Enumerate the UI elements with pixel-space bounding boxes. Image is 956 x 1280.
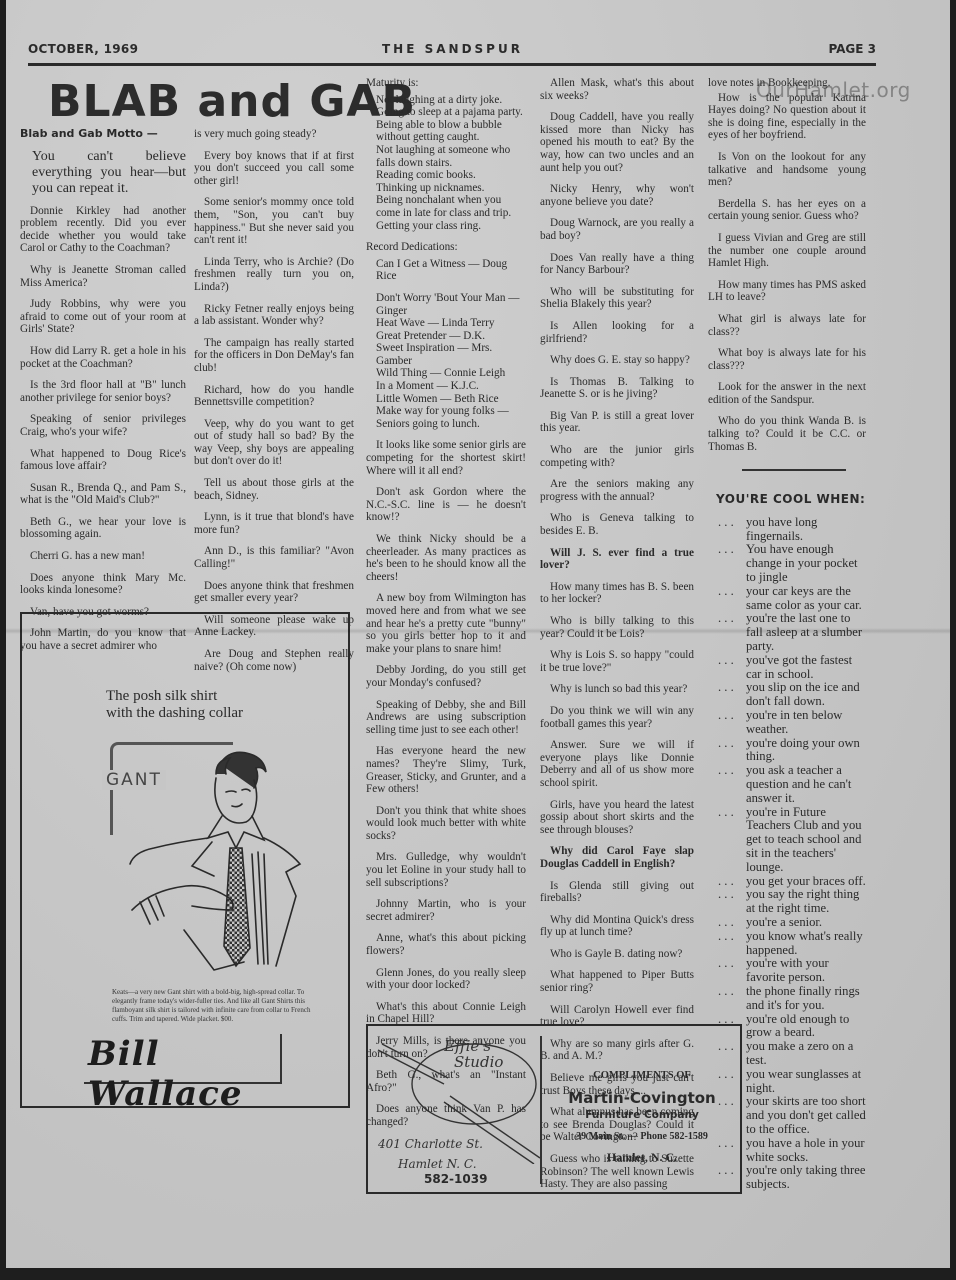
studio-city: Hamlet N. C. — [378, 1154, 483, 1174]
gossip-item: Why is lunch so bad this year? — [540, 683, 694, 696]
gossip-item: What girl is always late for class?? — [708, 313, 866, 338]
gossip-item: Don't ask Gordon where the N.C.-S.C. lin… — [366, 486, 526, 524]
maturity-heading: Maturity is: — [366, 77, 526, 90]
compliments-label: COMPLIMENTS OF — [544, 1070, 740, 1081]
column-3: Maturity is: Not laughing at a dirty jok… — [366, 77, 526, 1138]
gossip-item: Susan R., Brenda Q., and Pam S., what is… — [20, 482, 186, 507]
column-2-items: Every boy knows that if at first you don… — [194, 150, 354, 674]
gossip-item: A new boy from Wilmington has moved here… — [366, 592, 526, 655]
list-item: Heat Wave — Linda Terry — [376, 317, 526, 330]
gossip-item: We think Nicky should be a cheerleader. … — [366, 533, 526, 583]
cool-item: . . .you have long fingernails. — [718, 516, 866, 544]
gossip-item: Does anyone think Mary Mc. looks kinda l… — [20, 572, 186, 597]
list-item: Make way for young folks — Seniors going… — [376, 405, 526, 430]
cool-item: . . .you slip on the ice and don't fall … — [718, 681, 866, 709]
cool-item-text: you slip on the ice and don't fall down. — [746, 681, 866, 709]
newspaper-name: THE SANDSPUR — [382, 42, 523, 56]
list-item: Getting your class ring. — [376, 220, 526, 233]
cool-item: . . .you ask a teacher a question and he… — [718, 764, 866, 805]
cool-item: . . .you're with your favorite person. — [718, 957, 866, 985]
maturity-list: Not laughing at a dirty joke.Going to sl… — [376, 94, 526, 233]
gossip-item: Johnny Martin, who is your secret admire… — [366, 898, 526, 923]
gossip-item: Who will be substituting for Shelia Blak… — [540, 286, 694, 311]
gossip-item: Doug Caddell, have you really kissed mor… — [540, 111, 694, 174]
gossip-item: Debby Jording, do you still get your Mon… — [366, 664, 526, 689]
company-city: Hamlet, N. C. — [544, 1150, 740, 1165]
gossip-item: Doug Warnock, are you really a bad boy? — [540, 217, 694, 242]
gossip-item: Don't you think that white shoes would l… — [366, 805, 526, 843]
gossip-item: Why is Lois S. so happy "could it be tru… — [540, 649, 694, 674]
ellipsis-prefix: . . . — [718, 888, 746, 916]
ellipsis-prefix: . . . — [718, 916, 746, 930]
list-item: Being able to blow a bubble without gett… — [376, 119, 526, 144]
gossip-item: Are the seniors making any progress with… — [540, 478, 694, 503]
list-item: Thinking up nicknames. — [376, 182, 526, 195]
masthead: OCTOBER, 1969 THE SANDSPUR PAGE 3 — [28, 42, 876, 58]
gossip-item: Veep, why do you want to get out of stud… — [194, 418, 354, 468]
cool-item-text: the phone finally rings and it's for you… — [746, 985, 866, 1013]
column-5-items: How is the popular Katrina Hayes doing? … — [708, 92, 866, 454]
ellipsis-prefix: . . . — [718, 806, 746, 875]
studio-name-line-1: Effie's — [444, 1038, 503, 1054]
gossip-item: Does anyone think that freshmen get smal… — [194, 580, 354, 605]
newspaper-page: OCTOBER, 1969 THE SANDSPUR PAGE 3 OurHam… — [6, 0, 950, 1268]
cool-item: . . .you say the right thing at the righ… — [718, 888, 866, 916]
gossip-item: Linda Terry, who is Archie? (Do freshmen… — [194, 256, 354, 294]
list-item: Not laughing at a dirty joke. — [376, 94, 526, 107]
gossip-item: Is Glenda still giving out fireballs? — [540, 880, 694, 905]
company-subtitle: Furniture Company — [544, 1109, 740, 1121]
gossip-item: Allen Mask, what's this about six weeks? — [540, 77, 694, 102]
cool-item-text: you're a senior. — [746, 916, 866, 930]
cool-item: . . .you're in ten below weather. — [718, 709, 866, 737]
cool-item: . . .you're in Future Teachers Club and … — [718, 806, 866, 875]
gossip-item: What happened to Piper Butts senior ring… — [540, 969, 694, 994]
gossip-item: Who is Geneva talking to besides E. B. — [540, 512, 694, 537]
gossip-item: What happened to Doug Rice's famous love… — [20, 448, 186, 473]
gossip-item: Is Thomas B. Talking to Jeanette S. or i… — [540, 376, 694, 401]
gossip-item: Big Van P. is still a great lover this y… — [540, 410, 694, 435]
studio-street: 401 Charlotte St. — [378, 1134, 483, 1154]
motto-text: You can't believe everything you hear—bu… — [32, 149, 186, 197]
man-with-tie-illustration-icon — [92, 734, 312, 994]
cool-heading: YOU'RE COOL WHEN: — [716, 493, 866, 506]
cool-item: . . .you get your braces off. — [718, 875, 866, 889]
gossip-item: Judy Robbins, why were you afraid to com… — [20, 298, 186, 336]
gossip-item: I guess Vivian and Greg are still the nu… — [708, 232, 866, 270]
ellipsis-prefix: . . . — [718, 930, 746, 958]
masthead-rule — [28, 63, 876, 66]
gossip-item: Some senior's mommy once told them, "Son… — [194, 196, 354, 246]
gossip-item: Why did Montina Quick's dress fly up at … — [540, 914, 694, 939]
gossip-item: Beth G., we hear your love is blossoming… — [20, 516, 186, 541]
gossip-item: Who are the junior girls competing with? — [540, 444, 694, 469]
cool-item-text: you make a zero on a test. — [746, 1040, 866, 1068]
gossip-item: Who is Gayle B. dating now? — [540, 948, 694, 961]
list-item: Great Pretender — D.K. — [376, 330, 526, 343]
gossip-item: How many times has PMS asked LH to leave… — [708, 279, 866, 304]
gossip-item: Why did Carol Faye slap Douglas Caddell … — [540, 845, 694, 870]
gossip-item: Lynn, is it true that blond's have more … — [194, 511, 354, 536]
cool-item-text: you wear sunglasses at night. — [746, 1068, 866, 1096]
martin-covington-ad: COMPLIMENTS OF Martin-Covington Furnitur… — [544, 1026, 740, 1192]
gossip-item: It looks like some senior girls are comp… — [366, 439, 526, 477]
motto-heading: Blab and Gab Motto — — [20, 128, 186, 141]
column-1: Blab and Gab Motto — You can't believe e… — [20, 128, 186, 662]
column-1-items: Donnie Kirkley had another problem recen… — [20, 205, 186, 653]
studio-name-line-2: Studio — [444, 1054, 503, 1070]
cool-item-text: you've got the fastest car in school. — [746, 654, 866, 682]
cool-item-text: you have a hole in your white socks. — [746, 1137, 866, 1165]
gossip-item: Mrs. Gulledge, why wouldn't you let Eoli… — [366, 851, 526, 889]
gossip-item: Speaking of senior privileges Craig, who… — [20, 413, 186, 438]
store-name: Bill Wallace — [88, 1034, 280, 1114]
cool-item-text: you're doing your own thing. — [746, 737, 866, 765]
records-heading: Record Dedications: — [366, 241, 526, 254]
cool-item: . . .the phone finally rings and it's fo… — [718, 985, 866, 1013]
ellipsis-prefix: . . . — [718, 654, 746, 682]
gossip-item: Answer. Sure we will if everyone plays l… — [540, 739, 694, 789]
cool-item-text: you get your braces off. — [746, 875, 866, 889]
gossip-item: Richard, how do you handle Bennettsville… — [194, 384, 354, 409]
records-list: Don't Worry 'Bout Your Man — GingerHeat … — [376, 292, 526, 431]
cool-item-text: you know what's really happened. — [746, 930, 866, 958]
gossip-item: Anne, what's this about picking flowers? — [366, 932, 526, 957]
gant-tagline-line-1: The posh silk shirt — [106, 688, 243, 705]
gossip-item: What's this about Connie Leigh in Chapel… — [366, 1001, 526, 1026]
ellipsis-prefix: . . . — [718, 516, 746, 544]
list-item: Wild Thing — Connie Leigh — [376, 367, 526, 380]
column-2-lead: is very much going steady? — [194, 128, 354, 141]
gossip-item: Every boy knows that if at first you don… — [194, 150, 354, 188]
cool-item-text: you're in ten below weather. — [746, 709, 866, 737]
list-item: Little Women — Beth Rice — [376, 393, 526, 406]
gossip-item: Ricky Fetner really enjoys being a lab a… — [194, 303, 354, 328]
studio-phone: 582-1039 — [424, 1172, 487, 1186]
cool-item-text: your car keys are the same color as your… — [746, 585, 866, 613]
gossip-item: Has everyone heard the new names? They'r… — [366, 745, 526, 795]
company-name: Martin-Covington — [544, 1089, 740, 1107]
ellipsis-prefix: . . . — [718, 585, 746, 613]
gossip-item: Why does G. E. stay so happy? — [540, 354, 694, 367]
paper-fold-crease — [6, 628, 950, 634]
gant-tagline-line-2: with the dashing collar — [106, 705, 243, 722]
list-item: Being nonchalant when you come in late f… — [376, 194, 526, 219]
ellipsis-prefix: . . . — [718, 709, 746, 737]
gossip-item: Ann D., is this familiar? "Avon Calling!… — [194, 545, 354, 570]
cool-item: . . .your car keys are the same color as… — [718, 585, 866, 613]
cool-item-text: you're only taking three subjects. — [746, 1164, 866, 1192]
gossip-item: Will J. S. ever find a true lover? — [540, 547, 694, 572]
article-headline: BLAB and GAB — [48, 76, 416, 127]
studio-address: 401 Charlotte St. Hamlet N. C. — [378, 1134, 483, 1174]
column-2: is very much going steady? Every boy kno… — [194, 128, 354, 682]
gossip-item: Tell us about those girls at the beach, … — [194, 477, 354, 502]
studio-name: Effie's Studio — [444, 1038, 503, 1070]
gossip-item: Is the 3rd floor hall at "B" lunch anoth… — [20, 379, 186, 404]
cool-item-text: you ask a teacher a question and he can'… — [746, 764, 866, 805]
gossip-item: Berdella S. has her eyes on a certain yo… — [708, 198, 866, 223]
gossip-item: Nicky Henry, why won't anyone believe yo… — [540, 183, 694, 208]
gossip-item: Glenn Jones, do you really sleep with yo… — [366, 967, 526, 992]
records-first: Can I Get a Witness — Doug Rice — [376, 258, 526, 283]
cool-item: . . .you've got the fastest car in schoo… — [718, 654, 866, 682]
record-item: Can I Get a Witness — Doug Rice — [376, 258, 526, 283]
cool-item-text: your skirts are too short and you don't … — [746, 1095, 866, 1136]
gossip-item: Who do you think Wanda B. is talking to?… — [708, 415, 866, 453]
gossip-item: Donnie Kirkley had another problem recen… — [20, 205, 186, 255]
gossip-item: How many times has B. S. been to her loc… — [540, 581, 694, 606]
gossip-item: Is Allen looking for a girlfriend? — [540, 320, 694, 345]
ellipsis-prefix: . . . — [718, 875, 746, 889]
cool-item: . . .you're a senior. — [718, 916, 866, 930]
gossip-item: Cherri G. has a new man! — [20, 550, 186, 563]
list-item: In a Moment — K.J.C. — [376, 380, 526, 393]
ellipsis-prefix: . . . — [718, 737, 746, 765]
bill-wallace-logo: Bill Wallace — [84, 1034, 282, 1084]
gossip-item: Why is Jeanette Stroman called Miss Amer… — [20, 264, 186, 289]
gant-tagline: The posh silk shirt with the dashing col… — [106, 688, 243, 722]
list-item: Don't Worry 'Bout Your Man — Ginger — [376, 292, 526, 317]
company-address: 39 Main St. — Phone 582-1589 — [544, 1131, 740, 1142]
gossip-item: How is the popular Katrina Hayes doing? … — [708, 92, 866, 142]
gossip-item: What boy is always late for his class??? — [708, 347, 866, 372]
gossip-item: Do you think we will win any football ga… — [540, 705, 694, 730]
ad-divider — [540, 1036, 542, 1184]
issue-date: OCTOBER, 1969 — [28, 42, 138, 56]
gossip-item: Look for the answer in the next edition … — [708, 381, 866, 406]
gossip-item: Does Van really have a thing for Nancy B… — [540, 252, 694, 277]
gossip-item: Is Von on the lookout for any talkative … — [708, 151, 866, 189]
gossip-item: Speaking of Debby, she and Bill Andrews … — [366, 699, 526, 737]
gossip-item: How did Larry R. get a hole in his pocke… — [20, 345, 186, 370]
cool-item-text: You have enough change in your pocket to… — [746, 543, 866, 584]
cool-item-text: you're old enough to grow a beard. — [746, 1013, 866, 1041]
cool-item-text: you're with your favorite person. — [746, 957, 866, 985]
ellipsis-prefix: . . . — [718, 985, 746, 1013]
gossip-item: Girls, have you heard the latest gossip … — [540, 799, 694, 837]
cool-item: . . .You have enough change in your pock… — [718, 543, 866, 584]
cool-item-text: you have long fingernails. — [746, 516, 866, 544]
list-item: Going to sleep at a pajama party. — [376, 106, 526, 119]
cool-item: . . .you know what's really happened. — [718, 930, 866, 958]
section-divider — [742, 469, 846, 471]
gant-ad-copy: Keats—a very new Gant shirt with a bold-… — [112, 988, 312, 1024]
ellipsis-prefix: . . . — [718, 543, 746, 584]
ellipsis-prefix: . . . — [718, 957, 746, 985]
sponsor-ads-box: Effie's Studio 401 Charlotte St. Hamlet … — [366, 1024, 742, 1194]
cool-item-text: you're in Future Teachers Club and you g… — [746, 806, 866, 875]
ellipsis-prefix: . . . — [718, 681, 746, 709]
page-number: PAGE 3 — [828, 42, 876, 56]
list-item: Sweet Inspiration — Mrs. Gamber — [376, 342, 526, 367]
effies-studio-ad: Effie's Studio 401 Charlotte St. Hamlet … — [368, 1026, 540, 1192]
column-5-lead: love notes in Bookkeeping. — [708, 77, 866, 90]
list-item: Reading comic books. — [376, 169, 526, 182]
gant-shirt-ad: The posh silk shirt with the dashing col… — [20, 612, 350, 1108]
cool-item: . . .you're doing your own thing. — [718, 737, 866, 765]
list-item: Not laughing at someone who falls down s… — [376, 144, 526, 169]
cool-item-text: you say the right thing at the right tim… — [746, 888, 866, 916]
ellipsis-prefix: . . . — [718, 764, 746, 805]
gossip-item: The campaign has really started for the … — [194, 337, 354, 375]
